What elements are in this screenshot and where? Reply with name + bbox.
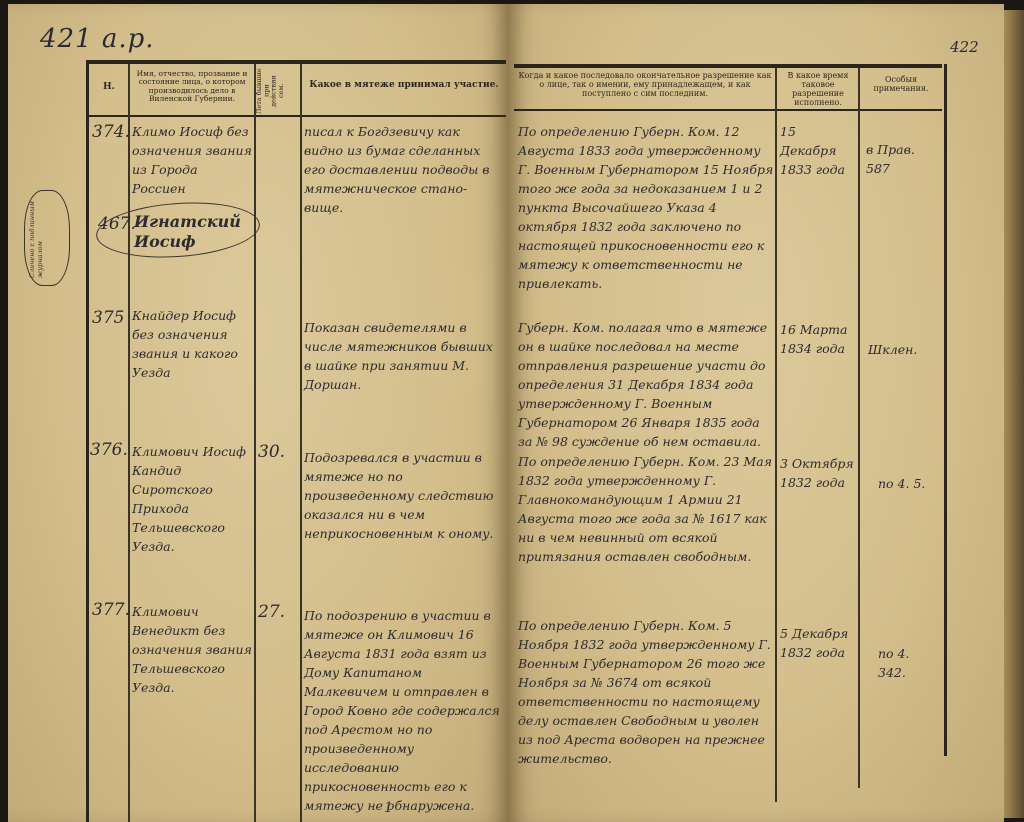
col-sep-executed xyxy=(858,68,860,788)
header-role: Какое в мятеже принимал участие. xyxy=(306,80,502,90)
row-375-notes: Шклен. xyxy=(868,340,938,359)
row-374-resolution: По определению Губерн. Ком. 12 Августа 1… xyxy=(518,122,774,293)
ledger-spread: 421 а.р. 422 1 Сличено с подлинным журна… xyxy=(0,0,1024,822)
row-376-name: Климович Иосиф Кандид Сиротского Прихода… xyxy=(132,442,254,556)
row-375-name: Кнайдер Иосиф без означения звания и как… xyxy=(132,306,254,382)
row-375-role: Показан свидетелями в числе мятежников б… xyxy=(304,318,500,394)
row-375-no: 375 xyxy=(92,308,124,328)
col-sep-no xyxy=(128,64,130,822)
col-sep-name xyxy=(254,64,256,822)
row-376-no: 376. xyxy=(90,440,128,460)
header-executed: В какое время таковое разрешение исполне… xyxy=(778,72,858,108)
row-467-name: Игнатский Иосиф xyxy=(134,212,254,252)
header-resolution: Когда и какое последовало окончательное … xyxy=(516,72,774,99)
header-top-rule-left xyxy=(88,60,506,64)
header-name: Имя, отчество, прозвание и состояние лиц… xyxy=(132,70,252,104)
row-376-resolution: По определению Губерн. Ком. 23 Мая 1832 … xyxy=(518,452,774,566)
row-374-name: Климо Иосиф без означения звания из Горо… xyxy=(132,122,254,198)
header-age: Лета бывшие при действии сем. xyxy=(256,68,298,114)
row-377-name: Климович Венедикт без означения звания Т… xyxy=(132,602,254,697)
header-no: Н. xyxy=(92,82,126,92)
row-374-notes: в Прав. 587 xyxy=(866,140,936,178)
row-376-role: Подозревался в участии в мятеже но по пр… xyxy=(304,448,500,543)
header-top-rule-right xyxy=(514,64,942,68)
margin-note: Сличено с подлинным журналом xyxy=(28,196,62,278)
header-bottom-rule-right xyxy=(514,109,942,111)
row-377-resolution: По определению Губерн. Ком. 5 Ноября 183… xyxy=(518,616,774,768)
header-bottom-rule-left xyxy=(88,115,506,117)
row-374-no: 374. xyxy=(92,122,130,142)
row-377-executed: 5 Декабря 1832 года xyxy=(780,624,856,662)
row-374-executed: 15 Декабря 1833 года xyxy=(780,122,856,179)
folio-right: 422 xyxy=(950,38,979,56)
col-sep-age xyxy=(300,64,302,822)
row-376-notes: по 4. 5. xyxy=(878,474,938,493)
row-376-age: 30. xyxy=(258,442,285,462)
row-377-role: По подозрению в участии в мятеже он Клим… xyxy=(304,606,500,815)
header-notes: Особыя примечания. xyxy=(860,76,942,94)
row-375-resolution: Губерн. Ком. полагая что в мятеже он в ш… xyxy=(518,318,774,451)
row-376-executed: 3 Октября 1832 года xyxy=(780,454,856,492)
row-374-role: писал к Богдзевичу как видно из бумаг сд… xyxy=(304,122,500,217)
row-467-no: 467. xyxy=(98,214,136,234)
row-377-age: 27. xyxy=(258,602,285,622)
right-border-rule xyxy=(944,64,947,756)
row-377-no: 377. xyxy=(92,600,130,620)
col-sep-resolution xyxy=(775,68,777,802)
row-377-notes: по 4. 342. xyxy=(878,644,938,682)
row-375-executed: 16 Марта 1834 года xyxy=(780,320,856,358)
left-border-rule xyxy=(86,60,89,822)
folio-left: 421 а.р. xyxy=(40,24,155,54)
